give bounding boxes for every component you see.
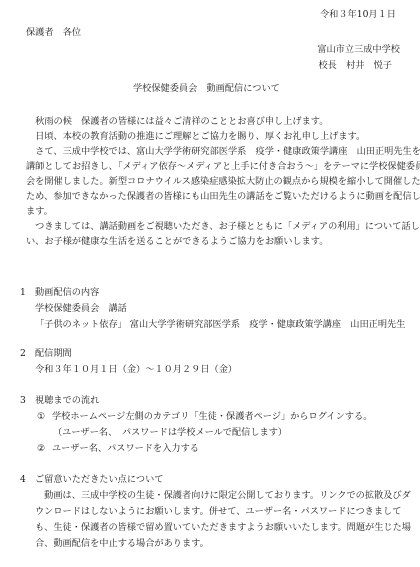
section-heading: 配信期間	[35, 347, 72, 360]
intro-line: 会を開催しました。新型コロナウイルス感染症感染拡大防止の観点から規模を縮小して開…	[26, 174, 398, 189]
step-marker: ②	[37, 442, 45, 455]
intro-line: ます。	[26, 204, 398, 219]
intro-line: つきましては、講話動画をご視聴いただき、お子様とともに「メディアの利用」について…	[26, 219, 398, 234]
principal-name: 校長 村井 悦子	[319, 59, 393, 72]
step-marker: ①	[37, 410, 45, 423]
intro-line: い、お子様が健康な生活を送ることができるようご協力をお願いします。	[26, 234, 398, 249]
section-line: 令和３年１０月１日（金）〜１０月２９日（金）	[35, 363, 237, 376]
step-text: ユーザー名、パスワードを入力する	[52, 442, 199, 455]
school-name: 富山市立三成中学校	[317, 43, 400, 56]
section-number: 1	[20, 286, 26, 299]
document-title: 学校保健委員会 動画配信について	[133, 82, 280, 95]
addressee: 保護者 各位	[26, 26, 81, 39]
intro-line: 講師としてお招きし、「メディア依存〜メディアと上手に付き合おう〜」をテーマに学校…	[26, 159, 398, 174]
step-text: 学校ホームページ左側のカテゴリ「生徒・保護者ページ」からログインする。	[52, 410, 372, 423]
section-number: 4	[20, 473, 26, 486]
section-line: 合、動画配信を中止する場合があります。	[35, 537, 209, 550]
section-heading: 動画配信の内容	[35, 286, 99, 299]
section-line: 動画は、三成中学校の生徒・保護者向けに限定公開しております。リンクでの拡散及びダ	[35, 489, 411, 502]
intro-line: ため、参加できなかった保護者の皆様にも山田先生の講話をご覧いただけるように動画を…	[26, 189, 398, 204]
document-date: 令和３年10月１日	[320, 8, 396, 21]
intro-line: 日頃、本校の教育活動の推進にご理解とご協力を賜り、厚くお礼申し上げます。	[26, 129, 398, 144]
section-line: 学校保健委員会 講話	[35, 302, 127, 315]
section-line: ウンロードはしないようにお願いします。併せて、ユーザー名・パスワードにつきまして	[35, 505, 401, 518]
section-line: も、生徒・保護者の皆様で留め置いていただきますようお願いいたします。問題が生じた…	[35, 521, 411, 534]
section-number: 2	[20, 347, 26, 360]
section-heading: 視聴までの流れ	[35, 394, 99, 407]
step-note: （ユーザー名、 パスワードは学校メールで配信します）	[53, 426, 287, 439]
section-heading: ご留意いただきたい点について	[35, 473, 163, 486]
intro-line: 秋雨の候 保護者の皆様には益々ご清祥のこととお喜び申し上げます。	[26, 114, 398, 129]
intro-body: 秋雨の候 保護者の皆様には益々ご清祥のこととお喜び申し上げます。 日頃、本校の教…	[26, 114, 398, 249]
section-line: 「子供のネット依存」 富山大学学術研究部医学系 疫学・健康政策学講座 山田正明先…	[35, 318, 405, 331]
intro-line: さて、三成中学校では、富山大学学術研究部医学系 疫学・健康政策学講座 山田正明先…	[26, 144, 398, 159]
section-number: 3	[20, 394, 26, 407]
